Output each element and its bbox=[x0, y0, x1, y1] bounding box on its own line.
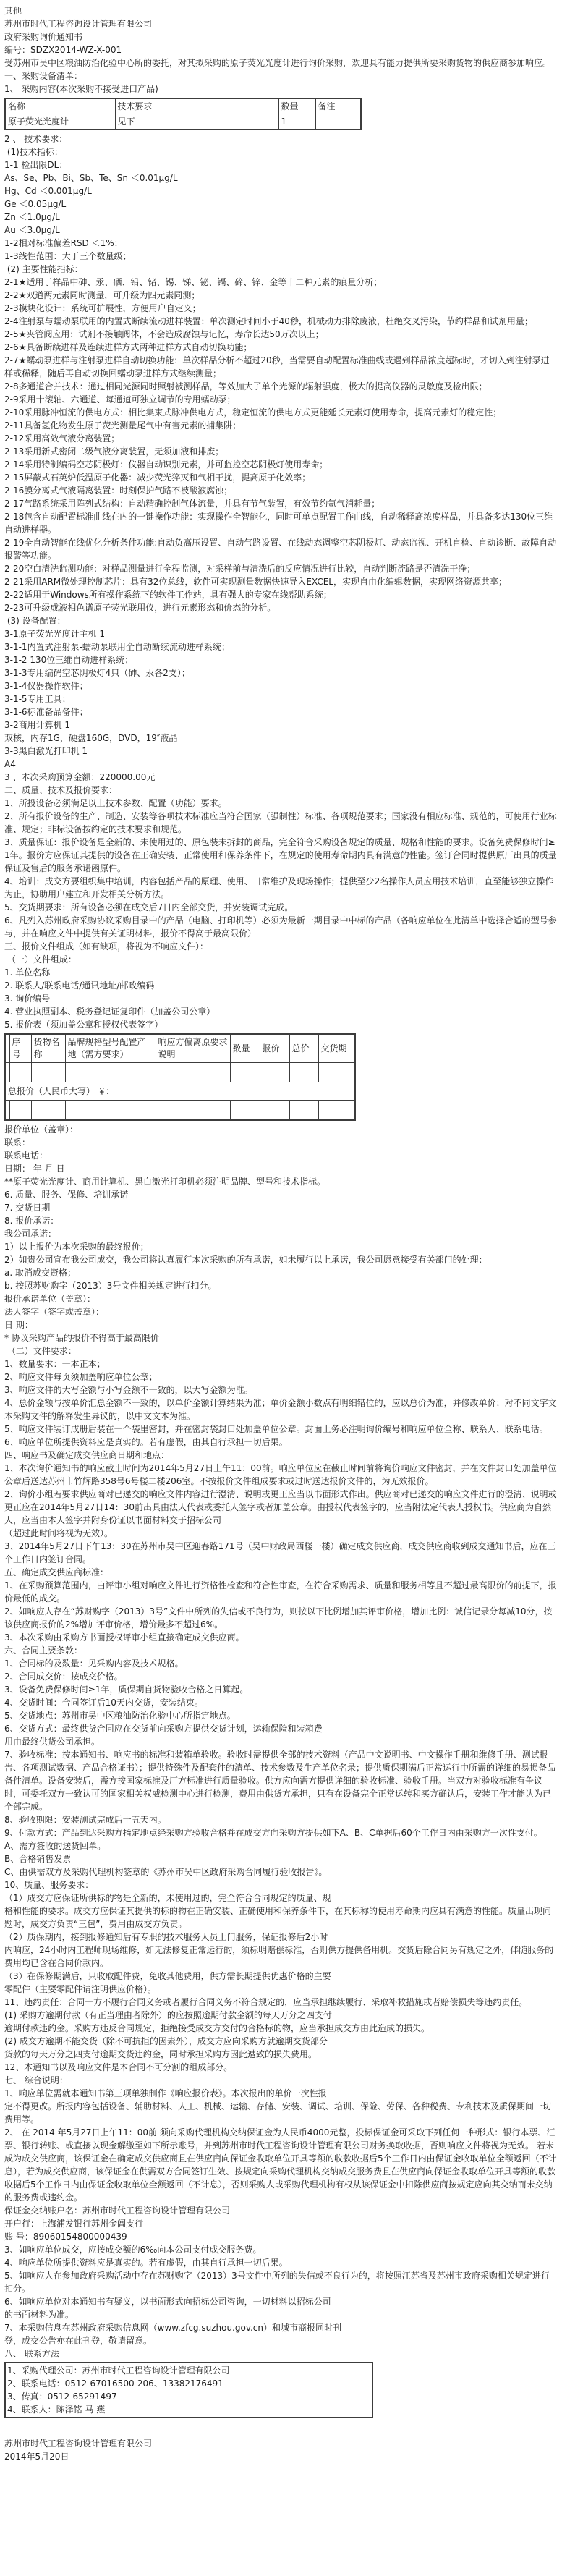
empty-cell bbox=[260, 1063, 289, 1082]
contact-info-box: 1、采购代理公司：苏州市时代工程咨询设计管理有限公司2、联系电话：0512-67… bbox=[4, 2362, 373, 2418]
doc-line: 5. 报价表（须加盖公章和授权代表签字） bbox=[4, 1018, 558, 1031]
doc-line: 1、所投设备必须满足以上技术参数、配置（功能）要求。 bbox=[4, 797, 558, 810]
doc-line: 6、如响应单位对本通知书有疑义，以书面形式向招标公司咨询，一切材料以招标公司 bbox=[4, 2295, 558, 2308]
doc-line: 3-1-4仪器操作软件； bbox=[4, 679, 558, 692]
doc-line: 2-22适用于Windows所有操作系统下的软件工作站，具有强大的专家在线帮助系… bbox=[4, 588, 558, 601]
doc-line: 的书面材料为准。 bbox=[4, 2308, 558, 2321]
doc-line: 5、响应文件装订成册后装在一个袋里密封，并在密封袋封口处加盖单位公章。封面上务必… bbox=[4, 1423, 558, 1436]
empty-cell bbox=[9, 1101, 31, 1121]
doc-line: 4、响应单位所提供资料应是真实的。若有虚假，由其自行承担一切后果。 bbox=[4, 2256, 558, 2269]
doc-line: 2、所有报价设备的生产、制造、安装等各项技术标准应当符合国家（强制性）标准、各项… bbox=[4, 810, 558, 836]
doc-line: 日期： 年 月 日 bbox=[4, 1162, 558, 1175]
signature-line: 2014年5月20日 bbox=[4, 2450, 558, 2463]
doc-line: 2-19全自动智能在线优化分析条件功能:自动负高压设置、自动气路设置、在线动态调… bbox=[4, 536, 558, 562]
doc-line: 账 号：89060154800000439 bbox=[4, 2230, 558, 2243]
doc-line: 一、采购设备清单： bbox=[4, 69, 558, 82]
doc-line: 5、如响应人在参加政府采购活动中存在苏财购字（2013）3号文件中所列的失信或不… bbox=[4, 2269, 558, 2295]
doc-line: 2-6★具备断续进样及连续进样方式两种进样方式自动切换功能； bbox=[4, 341, 558, 354]
doc-line: b. 按照苏财购字（2013）3号文件相关规定进行扣分。 bbox=[4, 1279, 558, 1292]
equipment-table-cell bbox=[315, 114, 361, 130]
doc-line: 1. 单位名称 bbox=[4, 966, 558, 979]
doc-line: 11、违约责任：合同一方不履行合同义务或者履行合同义务不符合规定的，应当承担继续… bbox=[4, 1996, 558, 2009]
doc-line: Ge ＜0.05μg/L bbox=[4, 198, 558, 211]
doc-line: 二、质量、技术及报价要求： bbox=[4, 784, 558, 797]
doc-line: 2、合同成交价：按成交价格。 bbox=[4, 1670, 558, 1683]
equipment-table-row: 原子荧光光度计见下1 bbox=[5, 114, 361, 130]
doc-line: 联系： bbox=[4, 1136, 558, 1149]
doc-line: 用由最终供货公司承担。 bbox=[4, 1735, 558, 1748]
doc-line: (3) 设备配置： bbox=[4, 614, 558, 627]
doc-line: 2、 在 2014 年5月27日上午11：00前 须向采购代理机构交纳保证金为人… bbox=[4, 2126, 558, 2204]
doc-line: 2-20空白清洗监测功能：对样品测量进行全程监测，对采样前与清洗后的反应情况进行… bbox=[4, 562, 558, 575]
quote-table: 序号货物名称品牌规格型号配置产地（需方要求）响应方偏离原要求说明数量报价总价交货… bbox=[4, 1033, 356, 1121]
total-price-label: 总报价（人民币大写） ￥: bbox=[5, 1082, 355, 1101]
doc-line: 1）以上报价为本次采购的最终报价； bbox=[4, 1240, 558, 1253]
doc-line: 6、交货方式：最终供货合同应在交货前向采购方提供交货计划，运输保险和装箱费 bbox=[4, 1722, 558, 1735]
doc-line: 报价单位（盖章）： bbox=[4, 1123, 558, 1136]
doc-line: 四、响应书及确定成交供应商日期和地点： bbox=[4, 1449, 558, 1462]
doc-line: 八、 联系方法 bbox=[4, 2347, 558, 2360]
quote-table-header-cell: 响应方偏离原要求说明 bbox=[156, 1034, 230, 1063]
doc-line: 6. 质量、服务、保修、培训承诺 bbox=[4, 1188, 558, 1201]
doc-line: 登，成交公告亦在此刊登，敬请留意。 bbox=[4, 2334, 558, 2347]
doc-line: 我公司承诺： bbox=[4, 1227, 558, 1240]
doc-line: 3-3黑白激光打印机 1 bbox=[4, 745, 558, 758]
doc-line: 3、2014年5月27日下午13：30在苏州市吴中区迎春路171号（吴中财政局西… bbox=[4, 1540, 558, 1566]
doc-line: 2-3模块化设计：系统可扩展性，方便用户自定义； bbox=[4, 302, 558, 315]
doc-line: 1、本次询价通知书的响应截止时间为2014年5月27日上午11：00前。响应单位… bbox=[4, 1462, 558, 1488]
doc-line: 2 、 技术要求： bbox=[4, 132, 558, 145]
doc-line: 定不得更改。所报内容包括设备、辅助材料、人工、机械、运输、存储、安装、调试、培训… bbox=[4, 2100, 558, 2126]
doc-line: （3）在保修期满后，只收取配件费，免收其他费用，供方需长期提供优惠价格的主要 bbox=[4, 1970, 558, 1983]
document-page: 其他苏州市时代工程咨询设计管理有限公司政府采购询价通知书编号：SDZX2014-… bbox=[0, 0, 562, 2478]
signature-line: 苏州市时代工程咨询设计管理有限公司 bbox=[4, 2437, 558, 2450]
equipment-table-cell: 原子荧光光度计 bbox=[5, 114, 115, 130]
equipment-table-header-row: 名称技术要求数量备注 bbox=[5, 98, 361, 114]
doc-line: 2、响应文件每页须加盖响应单位公章； bbox=[4, 1370, 558, 1384]
doc-line: (2) 成交方逾期不能交货（除不可抗拒的因素外），成交方应向采购方就逾期交货部分 bbox=[4, 2035, 558, 2048]
doc-line: 开户行：上海浦发银行苏州金阊支行 bbox=[4, 2217, 558, 2230]
doc-line: 3. 询价编号 bbox=[4, 992, 558, 1005]
quote-table-header-cell: 交货期 bbox=[318, 1034, 355, 1063]
doc-line: 3、如响应单位成交，应按成交额的6‰向本公司支付成交服务费。 bbox=[4, 2243, 558, 2256]
empty-cell bbox=[230, 1101, 260, 1121]
doc-line: * 协议采购产品的报价不得高于最高限价 bbox=[4, 1331, 558, 1344]
quote-table-empty-row bbox=[5, 1063, 355, 1082]
equipment-table-header-cell: 数量 bbox=[278, 98, 315, 114]
equipment-table-header-cell: 名称 bbox=[5, 98, 115, 114]
doc-line: 2-14采用特制编码空芯阴极灯：仪器自动识别元素，并可监控空芯阴极灯使用寿命； bbox=[4, 458, 558, 471]
doc-line: a. 取消成交资格； bbox=[4, 1266, 558, 1279]
doc-line: 苏州市时代工程咨询设计管理有限公司 bbox=[4, 17, 558, 30]
doc-line: A、需方签收的送货回单。 bbox=[4, 1839, 558, 1852]
contact-line: 1、采购代理公司：苏州市时代工程咨询设计管理有限公司 bbox=[7, 2364, 370, 2377]
doc-line: 8. 报价承诺： bbox=[4, 1214, 558, 1227]
doc-line: 法人签字（签字或盖章）： bbox=[4, 1305, 558, 1318]
doc-line: 1、在采购预算范围内，由评审小组对响应文件进行资格性检查和符合性审查，在符合采购… bbox=[4, 1579, 558, 1605]
doc-line: C、由供需双方及采购代理机构签章的《苏州市吴中区政府采购合同履行验收报告》。 bbox=[4, 1865, 558, 1878]
doc-line: 双核，内存1G，硬盘160G，DVD，19″液晶 bbox=[4, 732, 558, 745]
doc-line: 3、质量保证：报价设备是全新的、未使用过的、原包装未拆封的商品，完全符合采购设备… bbox=[4, 836, 558, 875]
doc-line: 联系电话： bbox=[4, 1149, 558, 1162]
contact-info-lines: 1、采购代理公司：苏州市时代工程咨询设计管理有限公司2、联系电话：0512-67… bbox=[7, 2364, 370, 2416]
contact-line: 2、联系电话：0512-67016500-206、13382176491 bbox=[7, 2377, 370, 2390]
doc-line: （1）成交方应保证所供标的物是全新的，未使用过的，完全符合合同规定的质量、规 bbox=[4, 1891, 558, 1905]
doc-line: 政府采购询价通知书 bbox=[4, 30, 558, 43]
doc-terms-section: 报价单位（盖章）：联系：联系电话：日期： 年 月 日**原子荧光光度计、商用计算… bbox=[4, 1123, 558, 2360]
doc-line: 7. 交货日期 bbox=[4, 1201, 558, 1214]
doc-line: A4 bbox=[4, 758, 558, 771]
doc-line: (1)技术指标： bbox=[4, 145, 558, 158]
doc-line: 4、总价金额与按单价汇总金额不一致的，以单价金额计算结果为准；单价金额小数点有明… bbox=[4, 1397, 558, 1423]
empty-cell bbox=[65, 1063, 156, 1082]
contact-line: 4、联系人：陈泽铭 马 燕 bbox=[7, 2403, 370, 2416]
doc-line: 七、 综合说明： bbox=[4, 2074, 558, 2087]
doc-line: 9、付款方式：产品到达采购方指定地点经采购方验收合格并在成交方向采购方提供如下A… bbox=[4, 1826, 558, 1839]
doc-line: 1-1 检出限DL： bbox=[4, 158, 558, 171]
doc-line: 3-1-6标准备品备件； bbox=[4, 706, 558, 719]
equipment-table-header-cell: 技术要求 bbox=[115, 98, 278, 114]
doc-line: 1、响应单位需就本通知书第三项单独制作《响应报价表》。本次报出的单价一次性报 bbox=[4, 2087, 558, 2100]
quote-table-header-row: 序号货物名称品牌规格型号配置产地（需方要求）响应方偏离原要求说明数量报价总价交货… bbox=[5, 1034, 355, 1063]
contact-line: 3、传真：0512-65291497 bbox=[7, 2390, 370, 2403]
doc-line: 3、设备免费保修时间≥1年，质保期自货物验收合格之日算起。 bbox=[4, 1683, 558, 1696]
doc-line: 10、质量、服务要求： bbox=[4, 1878, 558, 1891]
doc-line: Au ＜3.0μg/L bbox=[4, 224, 558, 237]
doc-line: B、合格销售发票 bbox=[4, 1852, 558, 1865]
doc-line: 12、本通知书以及响应文件是本合同不可分割的组成部分。 bbox=[4, 2061, 558, 2074]
quote-table-header-cell: 品牌规格型号配置产地（需方要求） bbox=[65, 1034, 156, 1063]
doc-line: 4、交货时间：合同签订后10天内交货，安装结束。 bbox=[4, 1696, 558, 1709]
doc-line: 7、本采购信息在苏州政府采购信息网（www.zfcg.suzhou.gov.cn… bbox=[4, 2321, 558, 2334]
quote-table-empty-row bbox=[5, 1101, 355, 1121]
empty-cell bbox=[31, 1063, 65, 1082]
doc-line: 2-9采用十滚轴、六通道、每通道可独立调节的专用蠕动泵； bbox=[4, 393, 558, 406]
doc-line: 六、合同主要条款： bbox=[4, 1644, 558, 1657]
doc-line: 2-5★夹管阀应用：试剂不接触阀体，不会造成腐蚀与记忆，寿命长达50万次以上； bbox=[4, 328, 558, 341]
doc-line: 五、确定成交供应商标准： bbox=[4, 1566, 558, 1579]
doc-line: 2、询价小组若要求供应商对已递交的响应文件内容进行澄清、说明或更正应当以书面形式… bbox=[4, 1488, 558, 1527]
empty-cell bbox=[65, 1101, 156, 1121]
doc-requirements-section: 2 、 技术要求： (1)技术指标：1-1 检出限DL：As、Se、Pb、Bi、… bbox=[4, 132, 558, 1031]
doc-line: 3 、本次采购预算金额：220000.00元 bbox=[4, 771, 558, 784]
doc-line: 2-18包含自动配置标准曲线在内的一键操作功能：实现操作全智能化，同时可单点配置… bbox=[4, 510, 558, 536]
doc-line: 2-1★适用于样品中砷、汞、硒、铅、锗、锡、锑、铋、镉、碲、锌、金等十二种元素的… bbox=[4, 276, 558, 289]
doc-line: 编号：SDZX2014-WZ-X-001 bbox=[4, 43, 558, 56]
doc-line: 1-2相对标准偏差RSD ＜1%； bbox=[4, 237, 558, 250]
doc-line: 1-3线性范围：大于三个数量级； bbox=[4, 250, 558, 263]
quote-table-total-row: 总报价（人民币大写） ￥: bbox=[5, 1082, 355, 1101]
quote-table-header-cell: 总价 bbox=[289, 1034, 318, 1063]
doc-line: 三、报价文件组成（如有缺项，将视为不响应文件）： bbox=[4, 940, 558, 953]
equipment-table-cell: 见下 bbox=[115, 114, 278, 130]
doc-line: (1) 采购方逾期付款（有正当理由者除外）的应按照逾期付款金额的每天万分之四支付 bbox=[4, 2009, 558, 2022]
doc-line: 格和性能的要求。成交方应保证其提供的标的物在正确安装、正确使用和保养条件下，在其… bbox=[4, 1905, 558, 1931]
doc-line: 逾期付款违约金。采购方违反合同规定，拒绝接受成交方交付的合格标的物，应当承担成交… bbox=[4, 2022, 558, 2035]
doc-line: 报价承诺单位（盖章）： bbox=[4, 1292, 558, 1305]
doc-line: 2-21采用ARM微处理控制芯片：具有32位总线，软件可实现测量数据快速导入EX… bbox=[4, 575, 558, 588]
doc-line: 8、验收期限：安装测试完成后十五天内。 bbox=[4, 1813, 558, 1826]
blank-gap bbox=[4, 2418, 558, 2437]
doc-line: 2-13采用新式密闭二级气液分离装置，无须加液和排废； bbox=[4, 445, 558, 458]
doc-line: 内响应，24小时内工程师现场维修，如无法修复正常运行的，须标明赔偿标准，否则供方… bbox=[4, 1944, 558, 1970]
empty-cell bbox=[156, 1101, 230, 1121]
doc-line: 2-11具备氢化物发生原子荧光测量尾气中有害元素的捕集阱； bbox=[4, 419, 558, 432]
doc-line: （2）质保期内，接到报修通知后有专职的技术服务人员上门服务，保证报修后2小时 bbox=[4, 1931, 558, 1944]
doc-line: 其他 bbox=[4, 4, 558, 17]
doc-line: 3-2商用计算机 1 bbox=[4, 719, 558, 732]
quote-table-header-cell: 报价 bbox=[260, 1034, 289, 1063]
quote-table-header-cell: 序号 bbox=[9, 1034, 31, 1063]
doc-line: 4. 营业执照副本、税务登记证复印件（加盖公司公章） bbox=[4, 1005, 558, 1018]
doc-line: 3-1-5专用工具； bbox=[4, 692, 558, 706]
doc-line: 6、响应单位所提供资料应是真实的。若有虚假，由其自行承担一切后果。 bbox=[4, 1436, 558, 1449]
equipment-table-cell: 1 bbox=[278, 114, 315, 130]
empty-cell bbox=[260, 1101, 289, 1121]
doc-line: 2-12采用高效气液分离装置； bbox=[4, 432, 558, 445]
equipment-table: 名称技术要求数量备注 原子荧光光度计见下1 bbox=[4, 98, 362, 130]
doc-line: Hg、Cd ＜0.001μg/L bbox=[4, 185, 558, 198]
doc-line: 零配件（主要零配件请注明供应价格）。 bbox=[4, 1983, 558, 1996]
doc-line: 5、交货地点：苏州市吴中区粮油防治化验中心所指定地点。 bbox=[4, 1709, 558, 1722]
doc-line: 3-1-1内置式注射泵-蠕动泵联用全自动断续流动进样系统； bbox=[4, 640, 558, 653]
empty-cell bbox=[289, 1101, 318, 1121]
doc-line: 2-8多通道合并技术：通过相同光源同时照射被测样品，等效加大了单个光源的辐射强度… bbox=[4, 380, 558, 393]
doc-line: 2-7★蠕动泵进样与注射泵进样自动切换功能：单次样品分析不超过20秒，当需要自动… bbox=[4, 354, 558, 380]
empty-cell bbox=[156, 1063, 230, 1082]
doc-line: 4、培训：成交方要组织集中培训，内容包括产品的原理、使用、日常维护及现场操作；提… bbox=[4, 875, 558, 901]
doc-line: 5、交货期要求：所有设备必须在成交后7日内全部交货，并安装调试完成。 bbox=[4, 901, 558, 914]
doc-line: 2-23可升级成液相色谱原子荧光联用仪，进行元素形态和价态的分析。 bbox=[4, 601, 558, 614]
empty-cell bbox=[318, 1101, 355, 1121]
empty-cell bbox=[230, 1063, 260, 1082]
empty-cell bbox=[289, 1063, 318, 1082]
empty-cell bbox=[9, 1063, 31, 1082]
doc-line: 受苏州市吴中区粮油防治化验中心所的委托，对其拟采购的原子荧光光度计进行询价采购，… bbox=[4, 56, 558, 69]
doc-line: 2-17气路系统采用阵列式结构：自动精确控制气体流量，并具有节气装置，有效节约氩… bbox=[4, 497, 558, 510]
doc-line: 2-2★双道两元素同时测量，可升级为四元素同测； bbox=[4, 289, 558, 302]
doc-line: 2、如响应人存在“苏财购字（2013）3号”文件中所列的失信或不良行为，则按以下… bbox=[4, 1605, 558, 1631]
empty-cell bbox=[318, 1063, 355, 1082]
doc-line: (2) 主要性能指标： bbox=[4, 263, 558, 276]
empty-cell bbox=[31, 1101, 65, 1121]
doc-line: 2-4注射泵与蠕动泵联用的内置式断续流动进样装置：单次测定时间小于40秒，机械动… bbox=[4, 315, 558, 328]
doc-line: 2-16膜分离式气液隔离装置：时刻保护气路不被酸液腐蚀； bbox=[4, 484, 558, 497]
doc-line: 1、合同标的及数量：见采购内容及技术规格。 bbox=[4, 1657, 558, 1670]
doc-line: As、Se、Pb、Bi、Sb、Te、Sn ＜0.01μg/L bbox=[4, 171, 558, 185]
doc-line: （超过此时间将视为无效）。 bbox=[4, 1527, 558, 1540]
doc-line: 7、验收标准：按本通知书、响应书的标准和装箱单验收。验收时需提供全部的技术资料（… bbox=[4, 1748, 558, 1813]
doc-line: 日 期： bbox=[4, 1318, 558, 1331]
doc-header-section: 其他苏州市时代工程咨询设计管理有限公司政府采购询价通知书编号：SDZX2014-… bbox=[4, 4, 558, 96]
doc-line: **原子荧光光度计、商用计算机、黑白激光打印机必须注明品牌、型号和技术指标。 bbox=[4, 1175, 558, 1188]
equipment-table-header-cell: 备注 bbox=[315, 98, 361, 114]
doc-line: 1、数量要求：一本正本； bbox=[4, 1357, 558, 1370]
doc-line: 2）如贵公司宣布我公司成交，我公司将认真履行本次采购的所有承诺，如未履行以上承诺… bbox=[4, 1253, 558, 1266]
doc-line: Zn ＜1.0μg/L bbox=[4, 211, 558, 224]
doc-line: 1、 采购内容(本次采购不接受进口产品) bbox=[4, 82, 558, 96]
doc-line: （一）文件组成： bbox=[4, 953, 558, 966]
quote-table-header-cell: 数量 bbox=[230, 1034, 260, 1063]
quote-table-header-cell: 货物名称 bbox=[31, 1034, 65, 1063]
doc-line: 3-1原子荧光光度计主机 1 bbox=[4, 627, 558, 640]
doc-signature-section: 苏州市时代工程咨询设计管理有限公司2014年5月20日 bbox=[4, 2437, 558, 2463]
doc-line: 保证金交纳账户名：苏州市时代工程咨询设计管理有限公司 bbox=[4, 2204, 558, 2217]
doc-line: 2-10采用脉冲恒流的供电方式：相比集束式脉冲供电方式，稳定恒流的供电方式更能延… bbox=[4, 406, 558, 419]
doc-line: （二）文件要求： bbox=[4, 1344, 558, 1357]
doc-line: 2-15屏蔽式石英炉低温原子化器：减少荧光猝灭和气相干扰，提高原子化效率； bbox=[4, 471, 558, 484]
doc-line: 3-1-3专用编码空芯阴极灯4只（砷、汞各2支）； bbox=[4, 666, 558, 679]
doc-line: 货款的每天万分之四支付逾期交货违约金，同时承担采购方因此遭致的损失费用。 bbox=[4, 2048, 558, 2061]
doc-line: 3-1-2 130位三维自动进样系统； bbox=[4, 653, 558, 666]
doc-line: 3、响应文件的大写金额与小写金额不一致的，以大写金额为准。 bbox=[4, 1384, 558, 1397]
doc-line: 3、本次采购由采购方书面授权评审小组直接确定成交供应商。 bbox=[4, 1631, 558, 1644]
doc-line: 6、凡列入苏州政府采购协议采购目录中的产品（电脑、打印机等）必须为最新一期目录中… bbox=[4, 914, 558, 940]
doc-line: 2. 联系人/联系电话/通讯地址/邮政编码 bbox=[4, 979, 558, 992]
